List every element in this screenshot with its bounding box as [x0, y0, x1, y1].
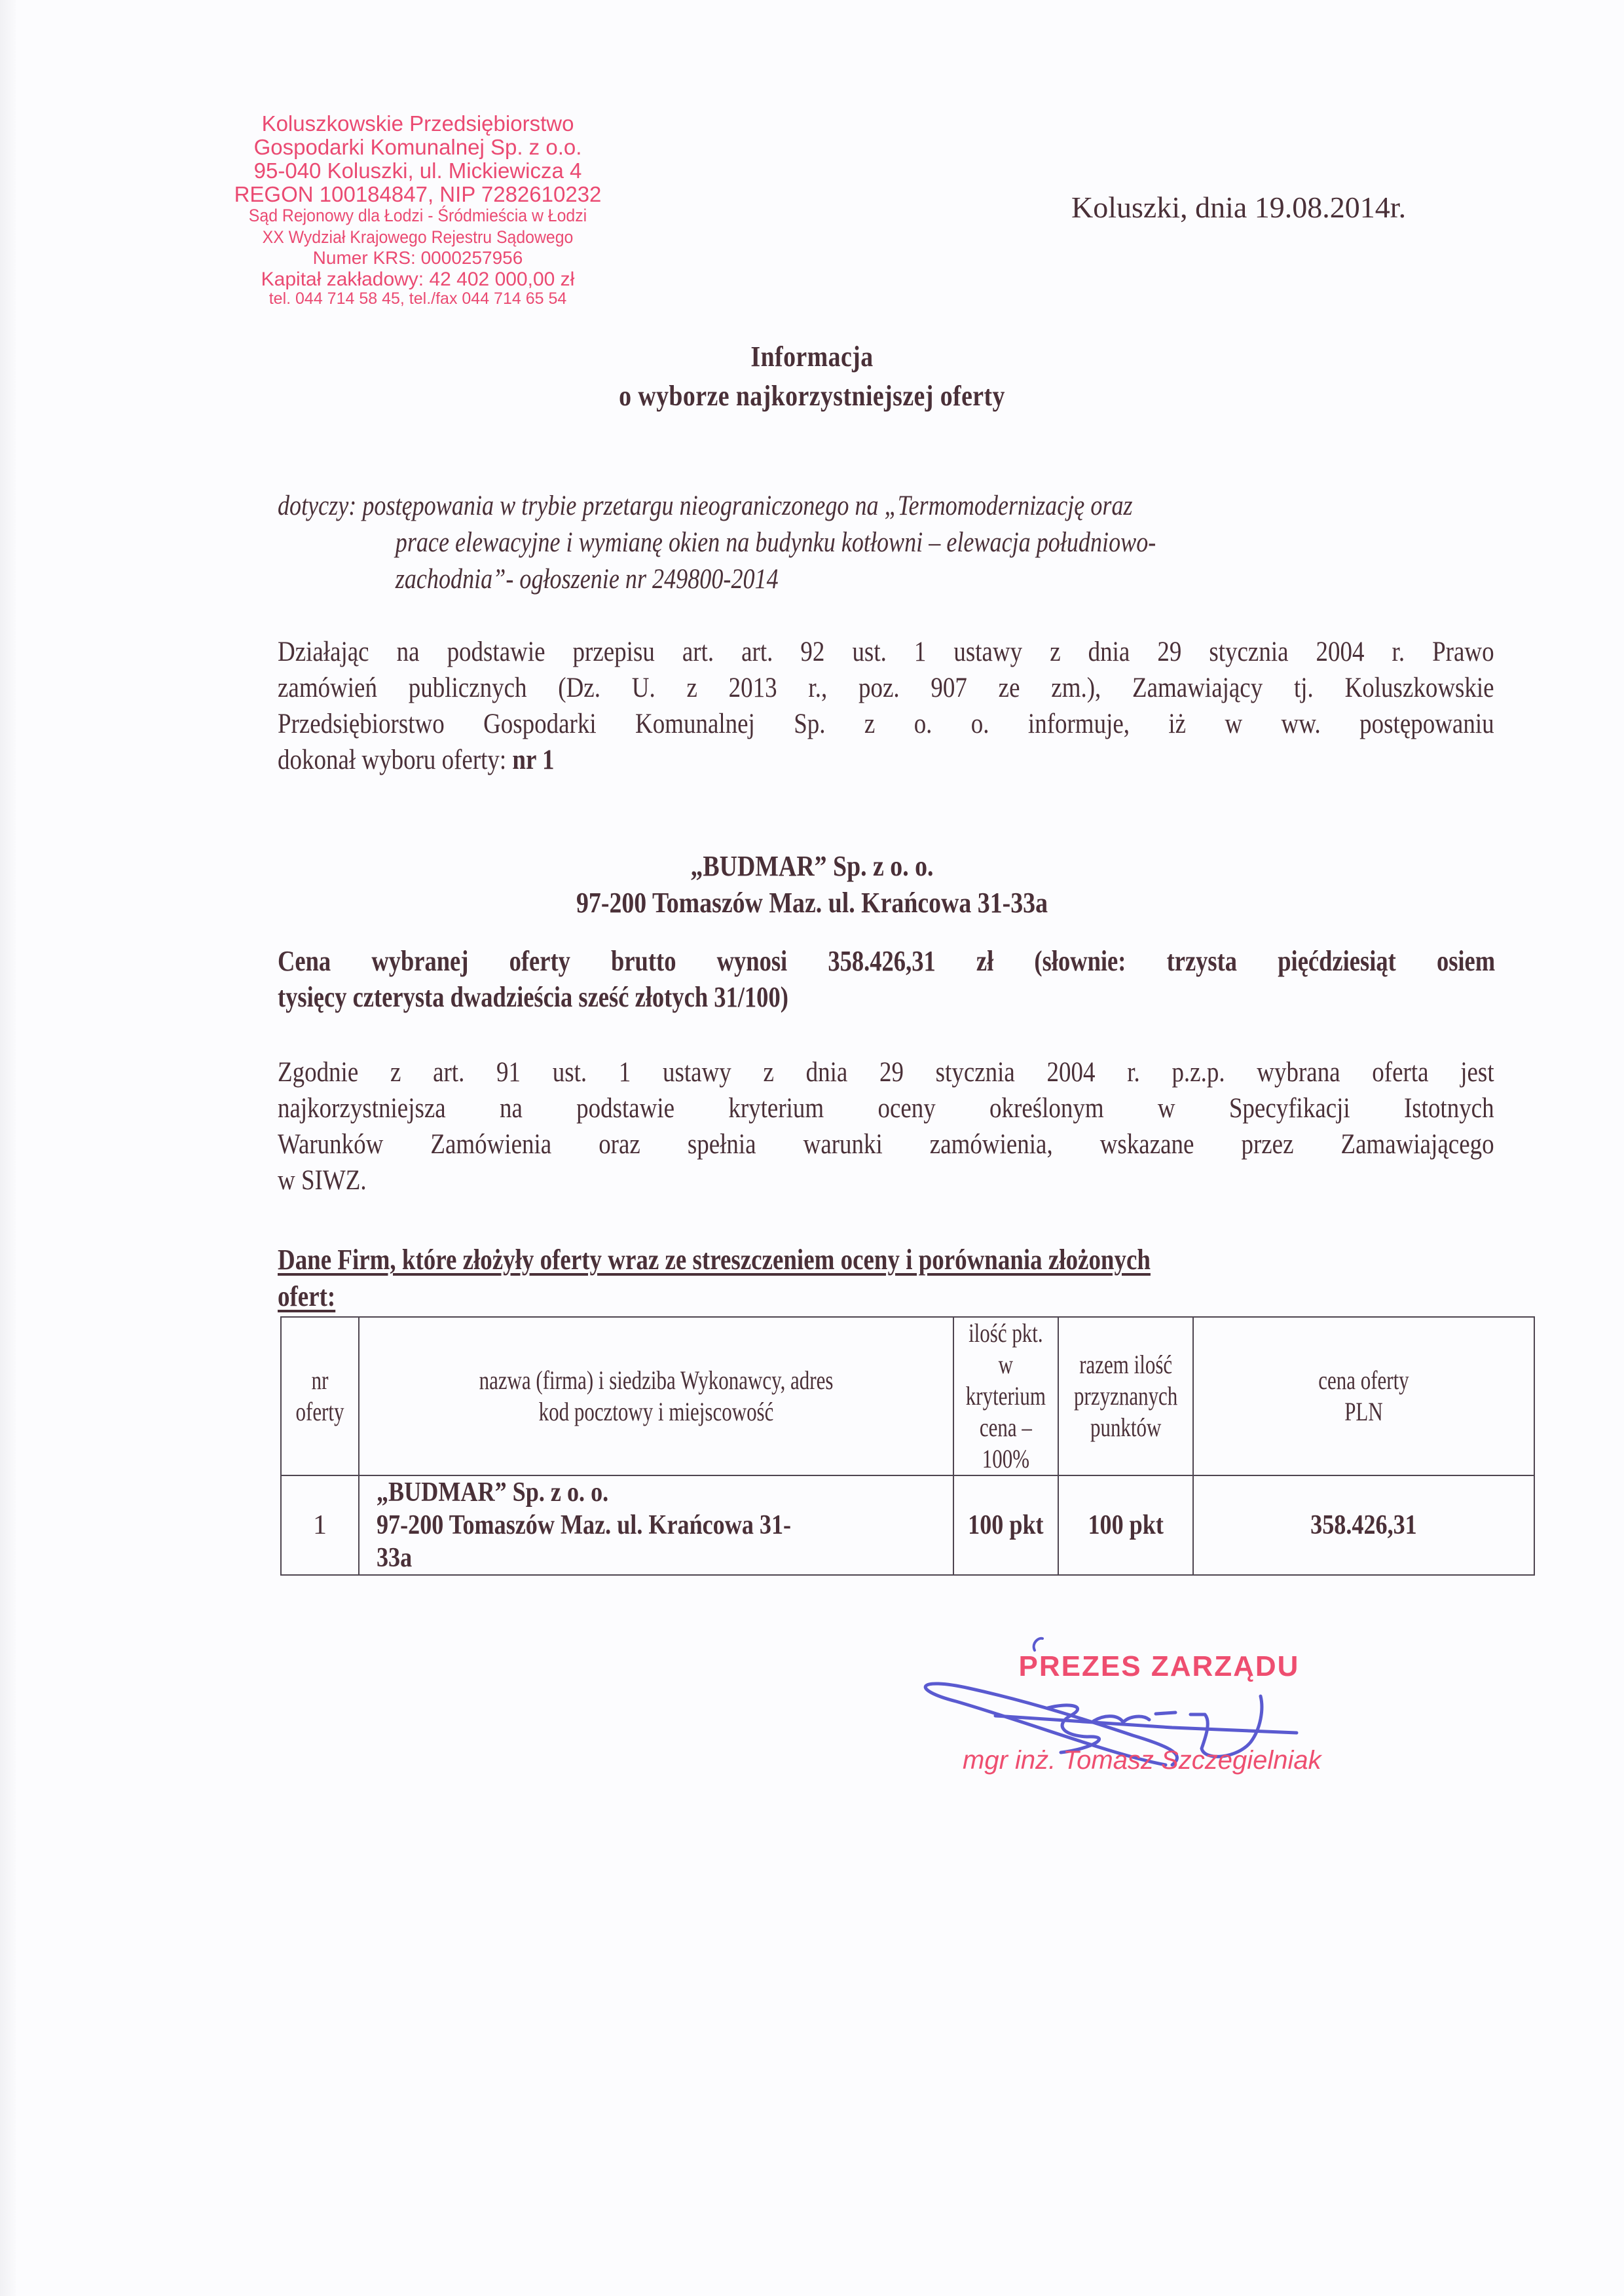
place-date: Koluszki, dnia 19.08.2014r. — [1071, 190, 1406, 225]
subject-text-line-3: zachodnia”- ogłoszenie nr 249800-2014 — [278, 561, 1312, 598]
header-offer-number: nr oferty — [281, 1317, 359, 1475]
cell-text: 358.426,31 — [1217, 1509, 1509, 1541]
subject-text-line-2: prace elewacyjne i wymianę okien na budy… — [278, 525, 1312, 561]
stamp-line: Koluszkowskie Przedsiębiorstwo — [175, 113, 660, 134]
header-text: oferty — [290, 1396, 350, 1428]
cell-total-points: 100 pkt — [1058, 1475, 1193, 1575]
price-statement: Cena wybranej oferty brutto wynosi 358.4… — [278, 943, 1496, 1015]
stamp-line: 95-040 Koluszki, ul. Mickiewicza 4 — [175, 160, 660, 181]
header-text: 100% — [966, 1443, 1046, 1475]
table-row: 1 „BUDMAR” Sp. z o. o. 97-200 Tomaszów M… — [281, 1475, 1534, 1575]
stamp-line: Sąd Rejonowy dla Łodzi - Śródmieścia w Ł… — [195, 207, 641, 225]
header-text: razem ilość — [1074, 1349, 1177, 1380]
header-offer-price: cena oferty PLN — [1193, 1317, 1534, 1475]
header-text: PLN — [1232, 1396, 1496, 1428]
subject-label: dotyczy: — [278, 491, 356, 521]
header-text: ilość pkt. — [966, 1318, 1046, 1349]
header-total-points: razem ilość przyznanych punktów — [1058, 1317, 1193, 1475]
subject-block: dotyczy: postępowania w trybie przetargu… — [278, 488, 1509, 598]
stamp-line: Numer KRS: 0000257956 — [175, 249, 660, 267]
selected-contractor: „BUDMAR” Sp. z o. o. 97-200 Tomaszów Maz… — [0, 848, 1624, 921]
header-text: przyznanych — [1074, 1380, 1177, 1412]
paragraph-line: Warunków Zamówienia oraz spełnia warunki… — [278, 1126, 1494, 1162]
title-line-2: o wyborze najkorzystniejszej oferty — [114, 377, 1511, 416]
stamp-line: Gospodarki Komunalnej Sp. z o.o. — [175, 136, 660, 158]
cell-text: 100 pkt — [961, 1509, 1050, 1541]
header-text: cena oferty — [1232, 1365, 1496, 1396]
legal-basis-paragraph: Działając na podstawie przepisu art. art… — [278, 634, 1496, 778]
table-header-row: nr oferty nazwa (firma) i siedziba Wykon… — [281, 1317, 1534, 1475]
paragraph-line: Działając na podstawie przepisu art. art… — [278, 634, 1494, 670]
header-price-points: ilość pkt. w kryterium cena – 100% — [953, 1317, 1058, 1475]
header-text: nazwa (firma) i siedziba Wykonawcy, adre… — [426, 1365, 886, 1396]
paragraph-line: w SIWZ. — [278, 1162, 1494, 1198]
paragraph-line: dokonał wyboru oferty: — [278, 745, 506, 775]
paragraph-line: zamówień publicznych (Dz. U. z 2013 r., … — [278, 670, 1494, 706]
stamp-line: REGON 100184847, NIP 7282610232 — [175, 183, 660, 205]
paragraph-line: Przedsiębiorstwo Gospodarki Komunalnej S… — [278, 706, 1494, 742]
company-stamp: Koluszkowskie Przedsiębiorstwo Gospodark… — [175, 113, 660, 307]
offers-table: nr oferty nazwa (firma) i siedziba Wykon… — [280, 1316, 1535, 1576]
contractor-name: „BUDMAR” Sp. z o. o. — [114, 848, 1511, 885]
header-text: cena – — [966, 1412, 1046, 1443]
header-text: punktów — [1074, 1412, 1177, 1443]
cell-text: 97-200 Tomaszów Maz. ul. Krańcowa 31- — [377, 1509, 872, 1542]
justification-paragraph: Zgodnie z art. 91 ust. 1 ustawy z dnia 2… — [278, 1054, 1496, 1198]
stamp-line: tel. 044 714 58 45, tel./fax 044 714 65 … — [175, 291, 660, 307]
cell-offer-number: 1 — [281, 1475, 359, 1575]
cell-contractor: „BUDMAR” Sp. z o. o. 97-200 Tomaszów Maz… — [359, 1475, 953, 1575]
cell-text: 33a — [377, 1542, 872, 1574]
document-title: Informacja o wyborze najkorzystniejszej … — [0, 337, 1624, 416]
offers-table-heading: Dane Firm, które złożyły oferty wraz ze … — [278, 1242, 1535, 1315]
signature-block: PREZES ZARZĄDU mgr inż. Tomasz Szczegiel… — [897, 1624, 1421, 1794]
header-text: kod pocztowy i miejscowość — [426, 1396, 886, 1428]
contractor-address: 97-200 Tomaszów Maz. ul. Krańcowa 31-33a — [114, 885, 1511, 921]
heading-line-2: ofert: — [278, 1280, 335, 1312]
signatory-name: mgr inż. Tomasz Szczegielniak — [963, 1746, 1321, 1775]
header-text: nr — [290, 1365, 350, 1396]
heading-line-1: Dane Firm, które złożyły oferty wraz ze … — [278, 1244, 1151, 1276]
cell-text: „BUDMAR” Sp. z o. o. — [377, 1476, 872, 1509]
cell-text: 100 pkt — [1068, 1509, 1183, 1541]
paragraph-line: najkorzystniejsza na podstawie kryterium… — [278, 1090, 1494, 1126]
paragraph-line: Zgodnie z art. 91 ust. 1 ustawy z dnia 2… — [278, 1054, 1494, 1090]
header-text: w kryterium — [966, 1349, 1046, 1412]
selected-offer-number: nr 1 — [512, 745, 554, 775]
price-line-1: Cena wybranej oferty brutto wynosi 358.4… — [278, 943, 1495, 979]
price-line-2: tysięcy czterysta dwadzieścia sześć złot… — [278, 979, 1495, 1015]
stamp-line: XX Wydział Krajowego Rejestru Sądowego — [195, 229, 641, 246]
stamp-line: Kapitał zakładowy: 42 402 000,00 zł — [175, 270, 660, 289]
header-contractor: nazwa (firma) i siedziba Wykonawcy, adre… — [359, 1317, 953, 1475]
cell-price-points: 100 pkt — [953, 1475, 1058, 1575]
cell-offer-price: 358.426,31 — [1193, 1475, 1534, 1575]
title-line-1: Informacja — [114, 337, 1511, 377]
subject-text-line-1: postępowania w trybie przetargu nieogran… — [362, 491, 1132, 521]
